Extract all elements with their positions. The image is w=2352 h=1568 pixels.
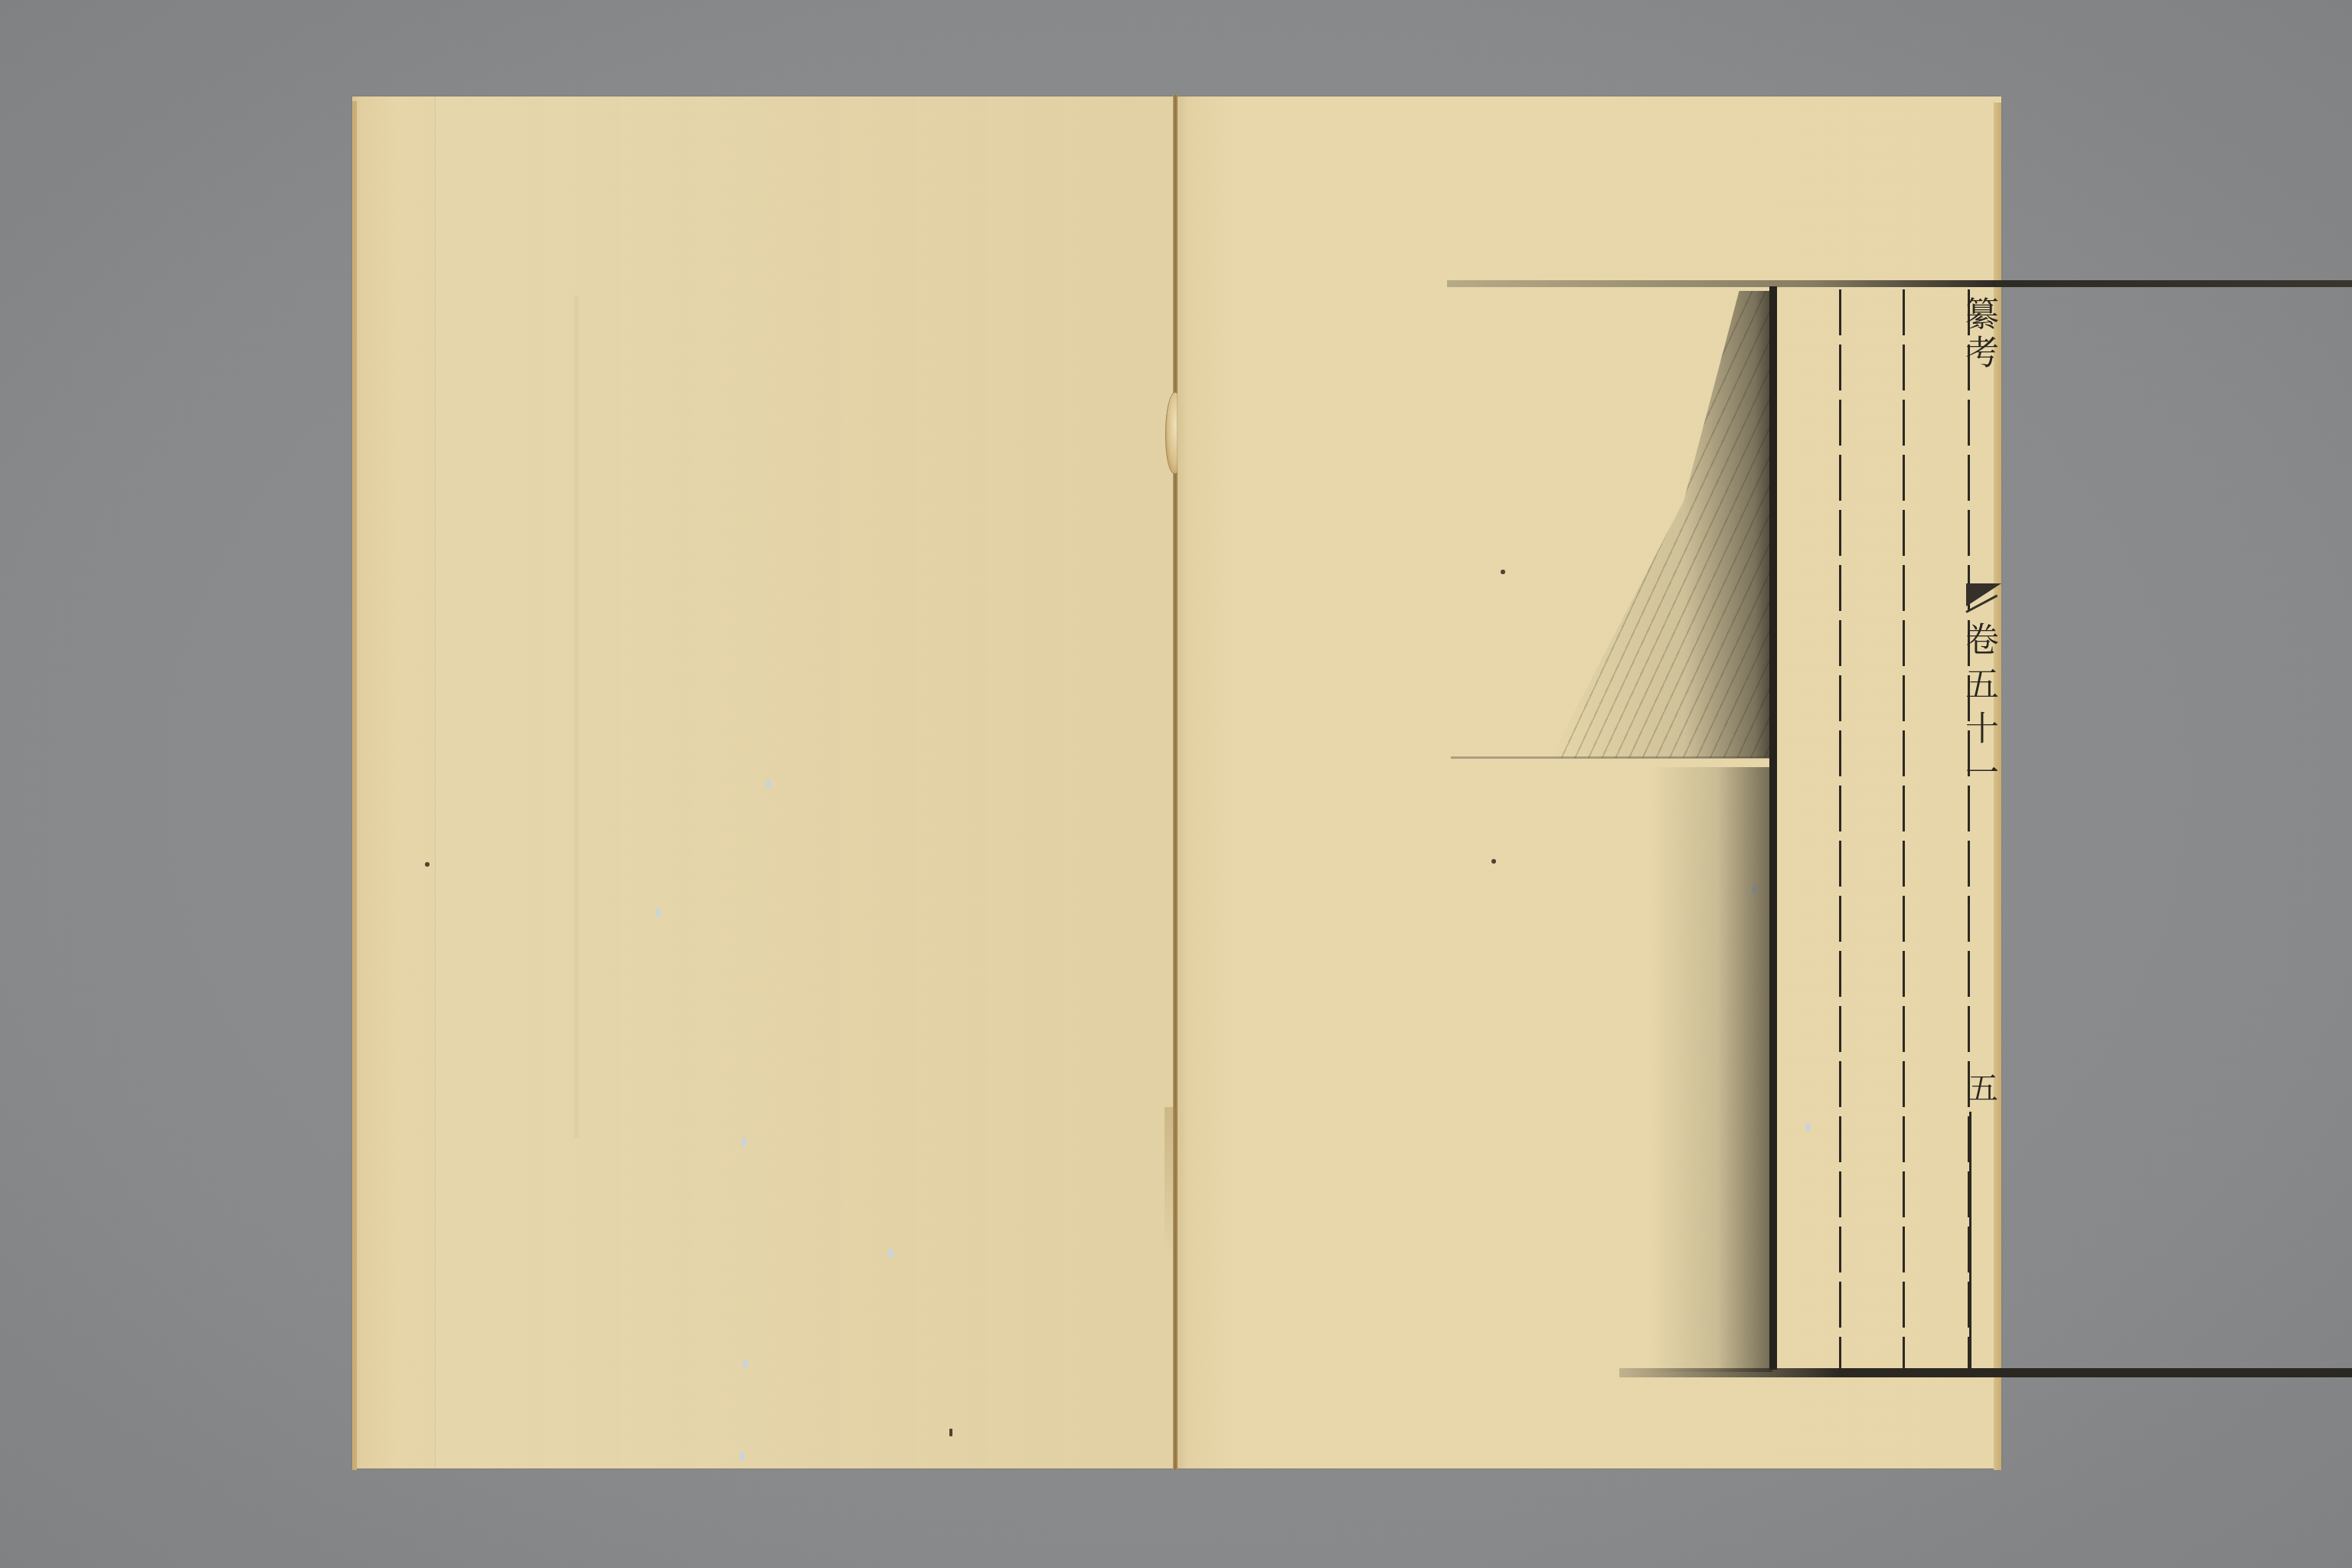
paper-speck [1491,859,1496,864]
right-page [1178,96,2001,1468]
paper-fleck [766,779,771,789]
paper-fleck [888,1249,893,1258]
lower-column-rule [1969,1112,1971,1368]
left-page-inner-panel [435,96,1173,1468]
paper-speck [1501,570,1505,574]
paper-fleck [741,1138,746,1147]
printed-frame-inner-border [1769,286,1777,1370]
paper-speck [949,1429,952,1436]
page-number: 五 [1968,1064,2003,1108]
paper-speck [425,862,430,867]
printed-frame-top-border [1447,280,2352,287]
column-rule-1 [1839,289,1841,1369]
paper-fleck [1805,1122,1811,1132]
left-page-show-through [574,296,579,1138]
paper-fleck [740,1452,745,1461]
paper-fleck [655,908,661,917]
ink-smudge-lower [1650,767,1772,1372]
paper-fleck [743,1360,748,1369]
volume-label: 卷五十一 [1966,622,2003,799]
printed-frame-bottom-border [1619,1368,2352,1377]
open-book: 纂考 卷五十一 五 [348,93,2010,1472]
left-page [352,96,1173,1468]
printed-mid-rule [1451,756,1772,759]
column-rule-2 [1903,289,1905,1369]
left-page-edge [352,101,357,1470]
block-title-text: 纂考 [1966,296,2003,373]
